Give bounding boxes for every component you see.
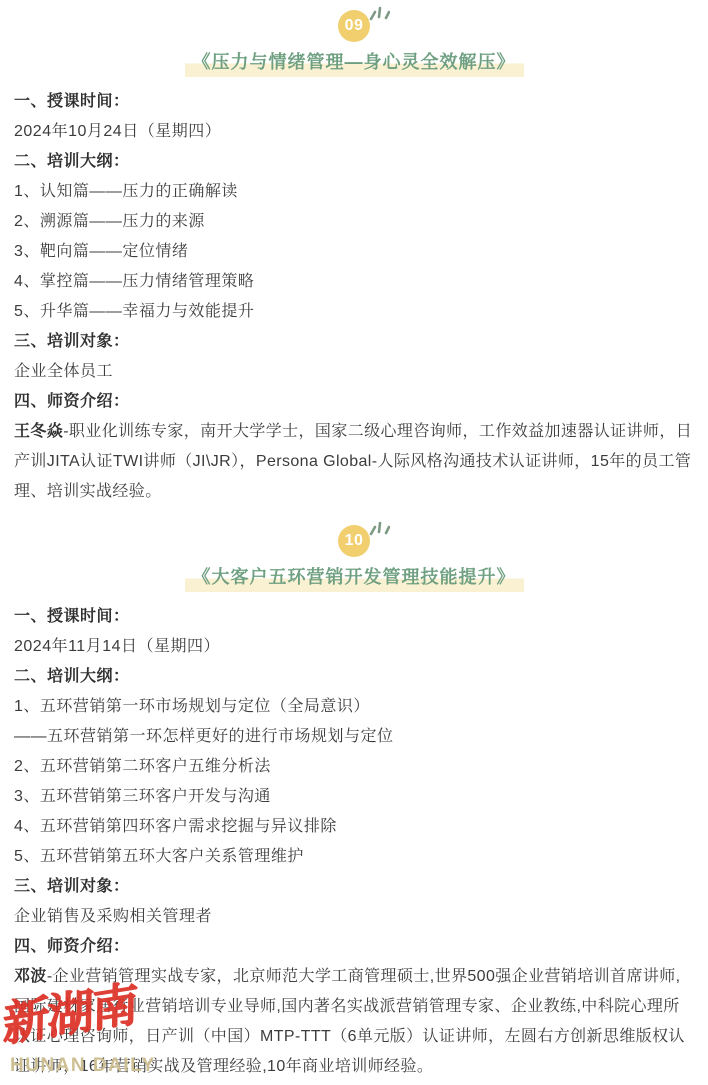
- section-label-outline: 二、培训大纲：: [14, 147, 694, 177]
- teacher-name: 王冬焱: [14, 423, 63, 440]
- badge-wrap: 09: [338, 8, 370, 42]
- outline-item: 4、五环营销第四环客户需求挖掘与异议排除: [14, 812, 694, 842]
- article-page: 09 《压力与情绪管理—身心灵全效解压》 一、授课时间： 2024年10月24日…: [0, 0, 708, 1082]
- course-title-text: 《压力与情绪管理—身心灵全效解压》: [185, 49, 524, 77]
- teacher-bio-text: -职业化训练专家，南开大学学士，国家二级心理咨询师，工作效益加速器认证讲师，日产…: [14, 423, 692, 500]
- course-section-09: 09 《压力与情绪管理—身心灵全效解压》 一、授课时间： 2024年10月24日…: [14, 8, 694, 507]
- course-title: 《大客户五环营销开发管理技能提升》: [14, 564, 694, 592]
- teacher-bio-text: -企业营销管理实战专家，北京师范大学工商管理硕士,世界500强企业营销培训首席讲…: [14, 968, 685, 1075]
- section-label-audience: 三、培训对象：: [14, 327, 694, 357]
- teacher-bio: 王冬焱-职业化训练专家，南开大学学士，国家二级心理咨询师，工作效益加速器认证讲师…: [14, 417, 694, 507]
- outline-item: 5、五环营销第五环大客户关系管理维护: [14, 842, 694, 872]
- course-title-text: 《大客户五环营销开发管理技能提升》: [185, 564, 524, 592]
- number-badge: 10: [338, 525, 370, 557]
- badge-row: 10: [14, 523, 694, 557]
- outline-item: 3、靶向篇——定位情绪: [14, 237, 694, 267]
- sparkle-marks-icon: [368, 4, 390, 21]
- outline-item: 5、升华篇——幸福力与效能提升: [14, 297, 694, 327]
- badge-wrap: 10: [338, 523, 370, 557]
- course-title: 《压力与情绪管理—身心灵全效解压》: [14, 49, 694, 77]
- teacher-name: 邓波: [14, 968, 47, 985]
- outline-item: 2、溯源篇——压力的来源: [14, 207, 694, 237]
- outline-item: 1、五环营销第一环市场规划与定位（全局意识）: [14, 692, 694, 722]
- course-body: 一、授课时间： 2024年11月14日（星期四） 二、培训大纲： 1、五环营销第…: [14, 602, 694, 1082]
- badge-row: 09: [14, 8, 694, 42]
- outline-item: 1、认知篇——压力的正确解读: [14, 177, 694, 207]
- section-label-time: 一、授课时间：: [14, 602, 694, 632]
- section-label-outline: 二、培训大纲：: [14, 662, 694, 692]
- section-label-teacher: 四、师资介绍：: [14, 932, 694, 962]
- sparkle-marks-icon: [368, 519, 390, 536]
- outline-item: 2、五环营销第二环客户五维分析法: [14, 752, 694, 782]
- course-body: 一、授课时间： 2024年10月24日（星期四） 二、培训大纲： 1、认知篇——…: [14, 87, 694, 507]
- number-badge: 09: [338, 10, 370, 42]
- audience-value: 企业全体员工: [14, 357, 694, 387]
- time-value: 2024年11月14日（星期四）: [14, 632, 694, 662]
- section-label-teacher: 四、师资介绍：: [14, 387, 694, 417]
- course-section-10: 10 《大客户五环营销开发管理技能提升》 一、授课时间： 2024年11月14日…: [14, 523, 694, 1082]
- outline-item: 3、五环营销第三环客户开发与沟通: [14, 782, 694, 812]
- outline-item: 4、掌控篇——压力情绪管理策略: [14, 267, 694, 297]
- audience-value: 企业销售及采购相关管理者: [14, 902, 694, 932]
- teacher-bio: 邓波-企业营销管理实战专家，北京师范大学工商管理硕士,世界500强企业营销培训首…: [14, 962, 694, 1082]
- section-label-time: 一、授课时间：: [14, 87, 694, 117]
- time-value: 2024年10月24日（星期四）: [14, 117, 694, 147]
- section-label-audience: 三、培训对象：: [14, 872, 694, 902]
- outline-item: ——五环营销第一环怎样更好的进行市场规划与定位: [14, 722, 694, 752]
